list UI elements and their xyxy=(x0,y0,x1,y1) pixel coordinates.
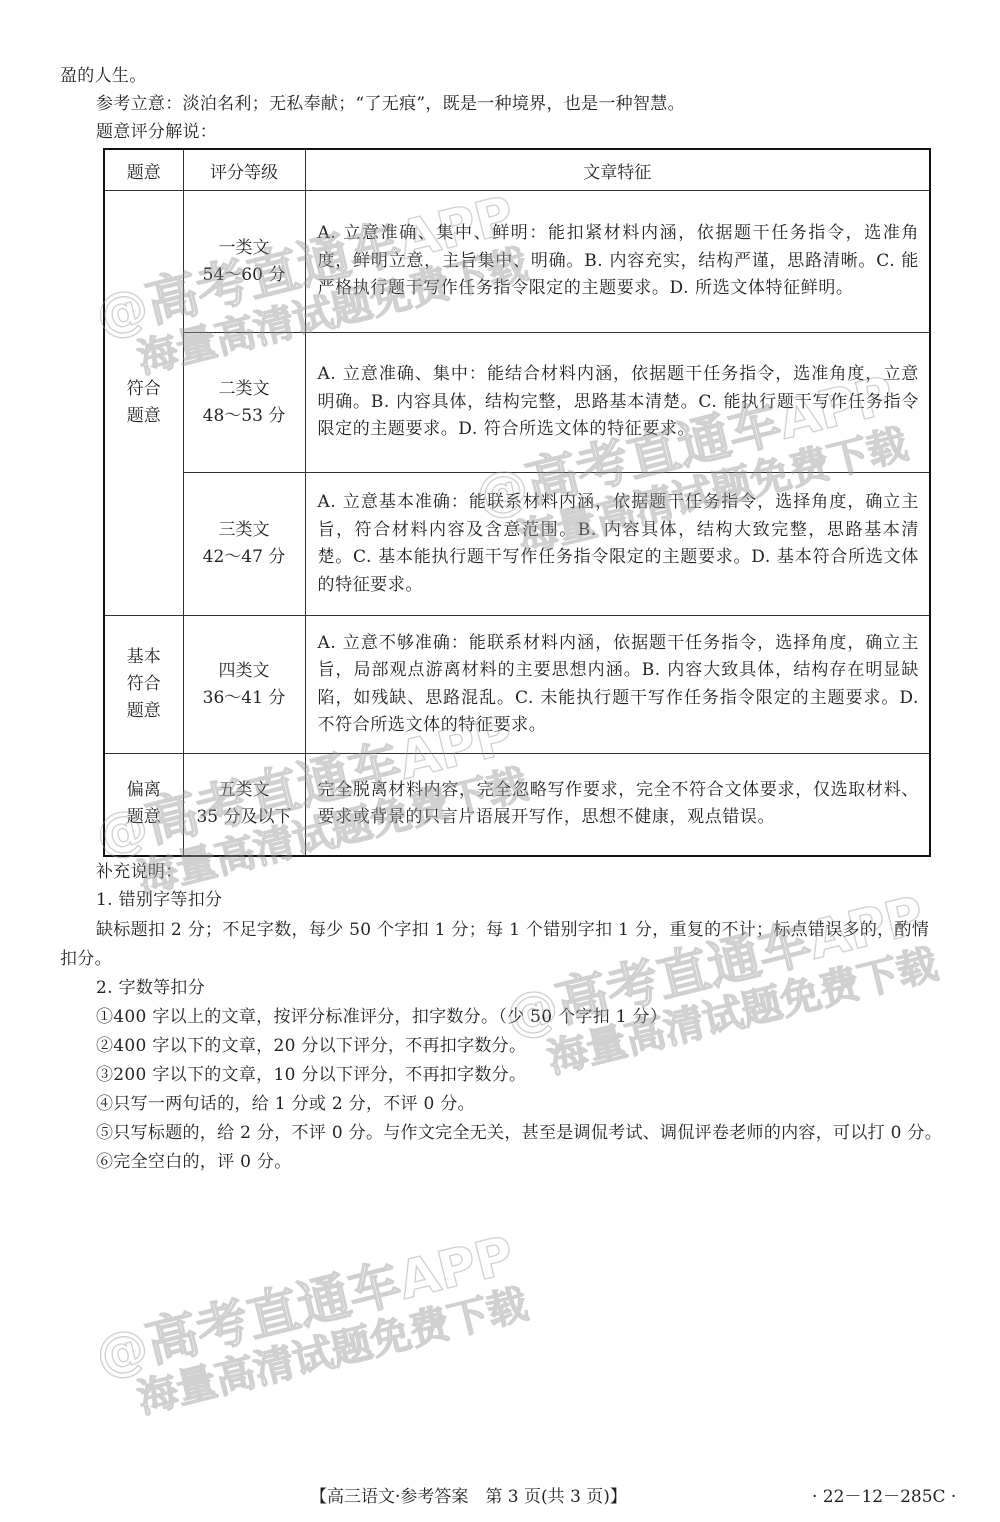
category-label: 题意 xyxy=(106,403,182,430)
watermark: @高考直通车APP 海量高清试题免费下载 xyxy=(500,886,942,1089)
category-label: 符合 xyxy=(106,671,182,698)
category-cell-basically-meets: 基本 符合 题意 xyxy=(104,616,183,754)
supplement-section1-text-cont: 扣分。 xyxy=(60,947,112,971)
supplement-section1-title: 1. 错别字等扣分 xyxy=(96,888,222,912)
level-name: 一类文 xyxy=(185,235,304,262)
table-row: 基本 符合 题意 四类文 36～41 分 A. 立意不够准确：能联系材料内涵，依… xyxy=(104,616,930,754)
description-cell: A. 立意基本准确：能联系材料内涵，依据题干任务指令，选择角度，确立主旨，符合材… xyxy=(305,473,930,616)
description-cell: A. 立意准确、集中：能结合材料内涵，依据题干任务指令，选准角度，立意明确。B.… xyxy=(305,333,930,473)
level-score: 54～60 分 xyxy=(185,262,304,289)
supplement-item: ②400 字以下的文章，20 分以下评分，不再扣字数分。 xyxy=(96,1034,526,1058)
level-name: 二类文 xyxy=(185,376,304,403)
level-name: 四类文 xyxy=(185,658,304,685)
table-row: 符合 题意 一类文 54～60 分 A. 立意准确、集中、鲜明：能扣紧材料内涵，… xyxy=(104,191,930,333)
footer-code: · 22－12－285C · xyxy=(812,1482,956,1507)
description-cell: A. 立意准确、集中、鲜明：能扣紧材料内涵，依据题干任务指令，选准角度，鲜明立意… xyxy=(305,191,930,333)
category-label: 题意 xyxy=(106,698,182,725)
supplement-item: ①400 字以上的文章，按评分标准评分，扣字数分。（少 50 个字扣 1 分） xyxy=(96,1005,667,1029)
level-name: 五类文 xyxy=(185,777,304,804)
supplement-item: ⑤只写标题的，给 2 分，不评 0 分。与作文完全无关，甚至是调侃考试、调侃评卷… xyxy=(96,1121,942,1145)
reference-theme: 参考立意：淡泊名利；无私奉献；“了无痕”，既是一种境界，也是一种智慧。 xyxy=(96,92,685,116)
watermark-line2: 海量高清试题免费下载 xyxy=(104,1282,532,1429)
description-cell: A. 立意不够准确：能联系材料内涵，依据题干任务指令，选择角度，确立主旨，局部观… xyxy=(305,616,930,754)
level-cell: 四类文 36～41 分 xyxy=(183,616,305,754)
supplement-item: ④只写一两句话的，给 1 分或 2 分，不评 0 分。 xyxy=(96,1092,475,1116)
supplement-section2-title: 2. 字数等扣分 xyxy=(96,976,205,1000)
supplement-item: ⑥完全空白的，评 0 分。 xyxy=(96,1150,292,1174)
supplement-section1-text: 缺标题扣 2 分；不足字数，每少 50 个字扣 1 分；每 1 个错别字扣 1 … xyxy=(96,918,929,942)
rubric-heading: 题意评分解说： xyxy=(96,120,217,144)
level-score: 36～41 分 xyxy=(185,685,304,712)
level-cell: 二类文 48～53 分 xyxy=(183,333,305,473)
category-label: 题意 xyxy=(106,804,182,831)
intro-continuation: 盈的人生。 xyxy=(60,64,147,88)
table-row: 偏离 题意 五类文 35 分及以下 完全脱离材料内容，完全忽略写作要求，完全不符… xyxy=(104,754,930,856)
watermark: @高考直通车APP 海量高清试题免费下载 xyxy=(90,1226,532,1429)
level-name: 三类文 xyxy=(185,517,304,544)
level-score: 48～53 分 xyxy=(185,403,304,430)
category-cell-deviates: 偏离 题意 xyxy=(104,754,183,856)
supplement-heading: 补充说明： xyxy=(96,860,183,884)
table-row: 二类文 48～53 分 A. 立意准确、集中：能结合材料内涵，依据题干任务指令，… xyxy=(104,333,930,473)
table-header-row: 题意 评分等级 文章特征 xyxy=(104,149,930,191)
category-label: 符合 xyxy=(106,376,182,403)
level-score: 35 分及以下 xyxy=(185,804,304,831)
header-theme: 题意 xyxy=(104,149,183,191)
watermark-line1: @高考直通车APP xyxy=(90,1226,521,1386)
supplement-item: ③200 字以下的文章，10 分以下评分，不再扣字数分。 xyxy=(96,1063,526,1087)
category-label: 偏离 xyxy=(106,777,182,804)
table-row: 三类文 42～47 分 A. 立意基本准确：能联系材料内涵，依据题干任务指令，选… xyxy=(104,473,930,616)
level-score: 42～47 分 xyxy=(185,544,304,571)
level-cell: 一类文 54～60 分 xyxy=(183,191,305,333)
grading-table: 题意 评分等级 文章特征 符合 题意 一类文 54～60 分 A. 立意准确、集… xyxy=(103,148,931,857)
header-grade-level: 评分等级 xyxy=(183,149,305,191)
level-cell: 三类文 42～47 分 xyxy=(183,473,305,616)
category-label: 基本 xyxy=(106,644,182,671)
footer-page-label: 【高三语文·参考答案 第 3 页(共 3 页)】 xyxy=(310,1482,627,1507)
description-cell: 完全脱离材料内容，完全忽略写作要求，完全不符合文体要求，仅选取材料、要求或背景的… xyxy=(305,754,930,856)
header-features: 文章特征 xyxy=(305,149,930,191)
level-cell: 五类文 35 分及以下 xyxy=(183,754,305,856)
category-cell-meets: 符合 题意 xyxy=(104,191,183,616)
